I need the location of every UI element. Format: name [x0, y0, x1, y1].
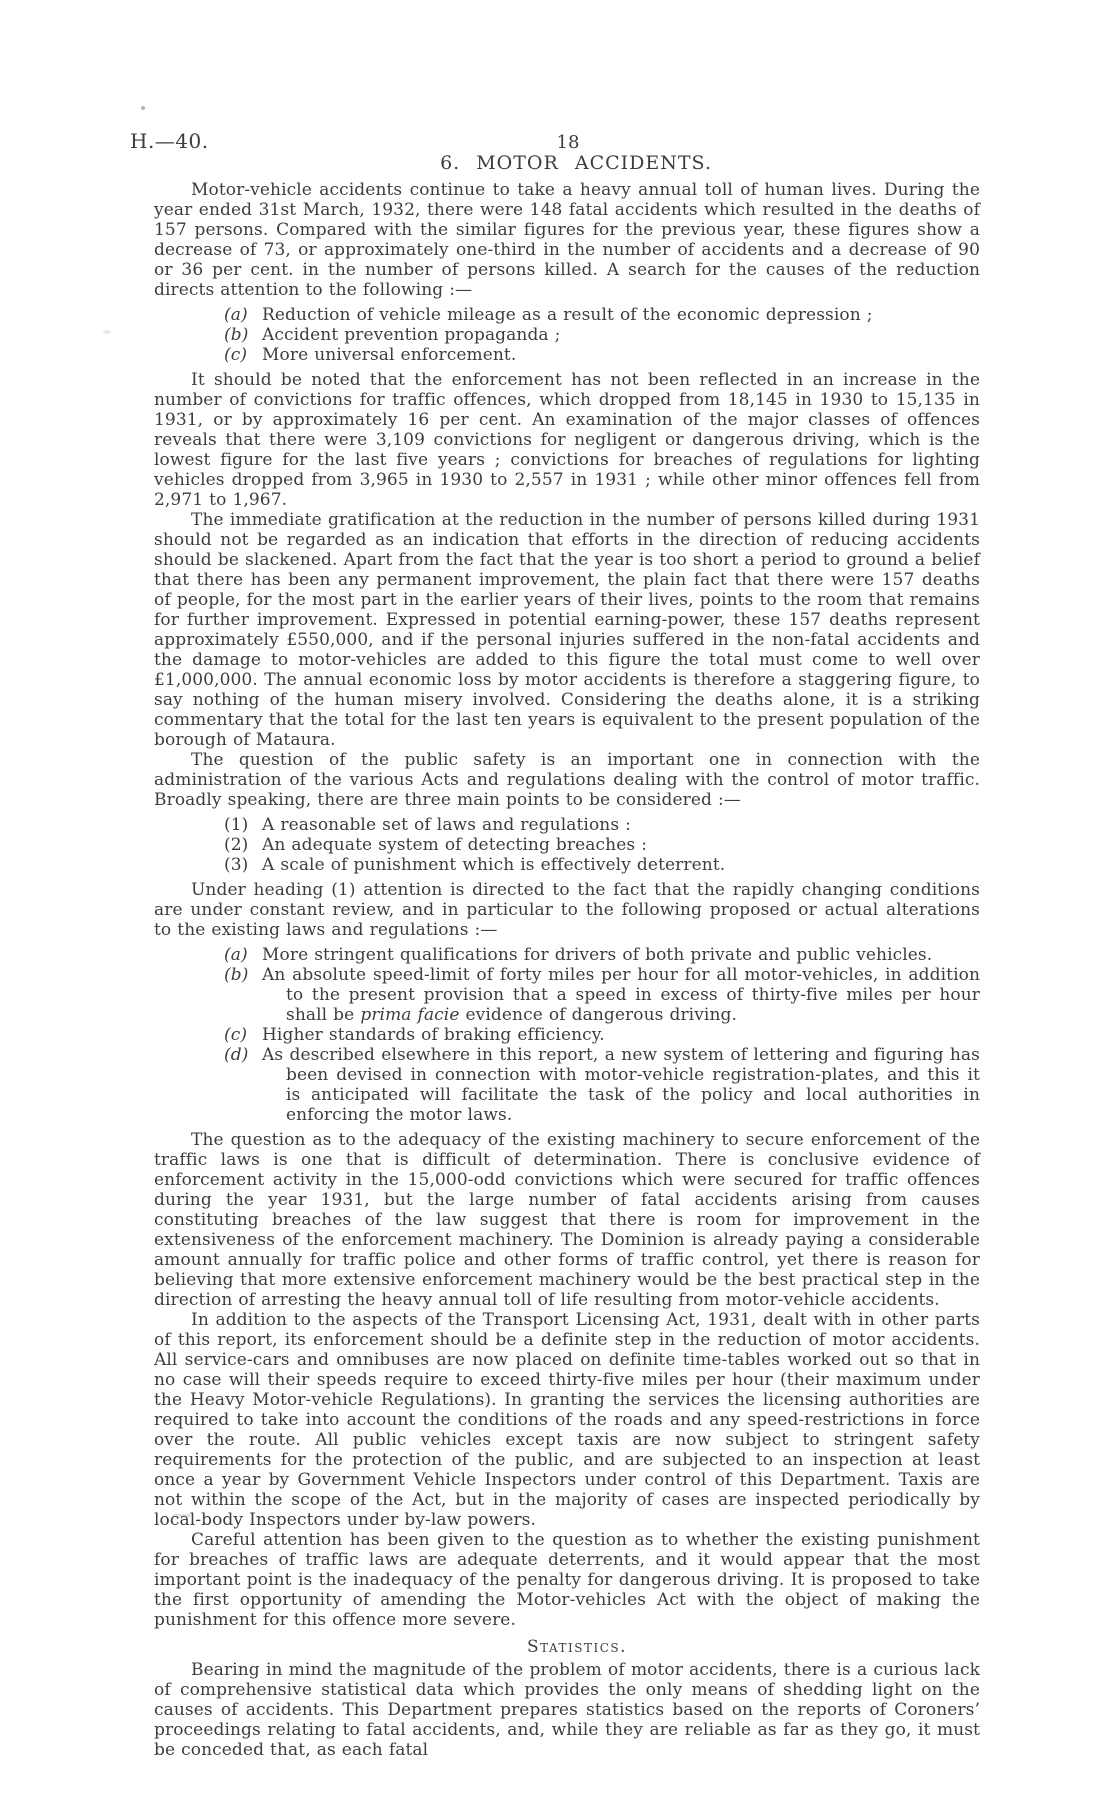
subsection-heading: Statistics. [164, 1637, 990, 1657]
document-reference: H.—40. [130, 129, 209, 153]
scan-artifact-dot [141, 106, 145, 110]
list-item-marker: (c) [224, 1025, 262, 1045]
list: (a)More stringent qualifications for dri… [154, 945, 980, 1125]
paragraph: Motor-vehicle accidents continue to take… [154, 180, 980, 300]
list-item: (a)Reduction of vehicle mileage as a res… [154, 305, 980, 325]
paragraph: The immediate gratification at the reduc… [154, 510, 980, 750]
list-item-marker: (1) [224, 815, 262, 835]
document-page: H.—40. 18 6. MOTOR ACCIDENTS. Motor-vehi… [0, 0, 1114, 1799]
list-item: (b)Accident prevention propaganda ; [154, 325, 980, 345]
paragraph: In addition to the aspects of the Transp… [154, 1310, 980, 1530]
paragraph: The question as to the adequacy of the e… [154, 1130, 980, 1310]
document-body: Motor-vehicle accidents continue to take… [154, 180, 980, 1760]
page-number: 18 [538, 132, 598, 153]
list-item: (1)A reasonable set of laws and regulati… [154, 815, 980, 835]
list-item: (b)An absolute speed-limit of forty mile… [154, 965, 980, 1025]
paragraph: Careful attention has been given to the … [154, 1530, 980, 1630]
list-item: (2)An adequate system of detecting breac… [154, 835, 980, 855]
paragraph: It should be noted that the enforcement … [154, 370, 980, 510]
list-item-marker: (a) [224, 945, 262, 965]
paragraph: The question of the public safety is an … [154, 750, 980, 810]
list: (1)A reasonable set of laws and regulati… [154, 815, 980, 875]
list-item-marker: (c) [224, 345, 262, 365]
list-item-marker: (d) [224, 1045, 262, 1065]
list-item-marker: (a) [224, 305, 262, 325]
list-item-marker: (b) [224, 965, 262, 985]
section-title: 6. MOTOR ACCIDENTS. [162, 152, 990, 174]
list: (a)Reduction of vehicle mileage as a res… [154, 305, 980, 365]
list-item: (c)Higher standards of braking efficienc… [154, 1025, 980, 1045]
paragraph: Under heading (1) attention is directed … [154, 880, 980, 940]
list-item: (d)As described elsewhere in this report… [154, 1045, 980, 1125]
list-item-marker: (b) [224, 325, 262, 345]
list-item: (a)More stringent qualifications for dri… [154, 945, 980, 965]
list-item: (3)A scale of punishment which is effect… [154, 855, 980, 875]
scan-artifact-smudge [103, 330, 111, 334]
list-item-marker: (2) [224, 835, 262, 855]
list-item-marker: (3) [224, 855, 262, 875]
paragraph: Bearing in mind the magnitude of the pro… [154, 1660, 980, 1760]
list-item: (c)More universal enforcement. [154, 345, 980, 365]
